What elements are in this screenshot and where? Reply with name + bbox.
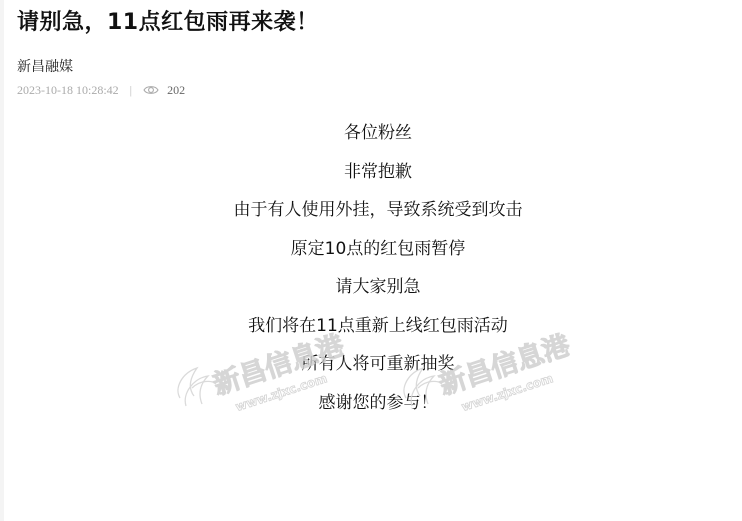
body-paragraph: 非常抱歉 bbox=[17, 157, 739, 196]
body-paragraph: 感谢您的参与！ bbox=[17, 388, 739, 427]
view-count: 202 bbox=[167, 83, 185, 98]
publish-time: 2023-10-18 10:28:42 bbox=[17, 83, 119, 98]
meta-separator: | bbox=[130, 83, 132, 98]
body-paragraph: 我们将在11点重新上线红包雨活动 bbox=[17, 311, 739, 350]
body-paragraph: 各位粉丝 bbox=[17, 118, 739, 157]
body-paragraph: 原定10点的红包雨暂停 bbox=[17, 234, 739, 273]
article-meta: 2023-10-18 10:28:42 | 202 bbox=[17, 81, 185, 99]
article-body: 各位粉丝 非常抱歉 由于有人使用外挂，导致系统受到攻击 原定10点的红包雨暂停 … bbox=[17, 118, 739, 426]
body-paragraph: 请大家别急 bbox=[17, 272, 739, 311]
body-paragraph: 所有人将可重新抽奖 bbox=[17, 349, 739, 388]
article-source: 新昌融媒 bbox=[17, 58, 73, 76]
body-paragraph: 由于有人使用外挂，导致系统受到攻击 bbox=[17, 195, 739, 234]
article-title: 请别急，11点红包雨再来袭！ bbox=[17, 8, 319, 38]
page-left-border bbox=[0, 0, 4, 521]
eye-icon bbox=[143, 84, 159, 96]
